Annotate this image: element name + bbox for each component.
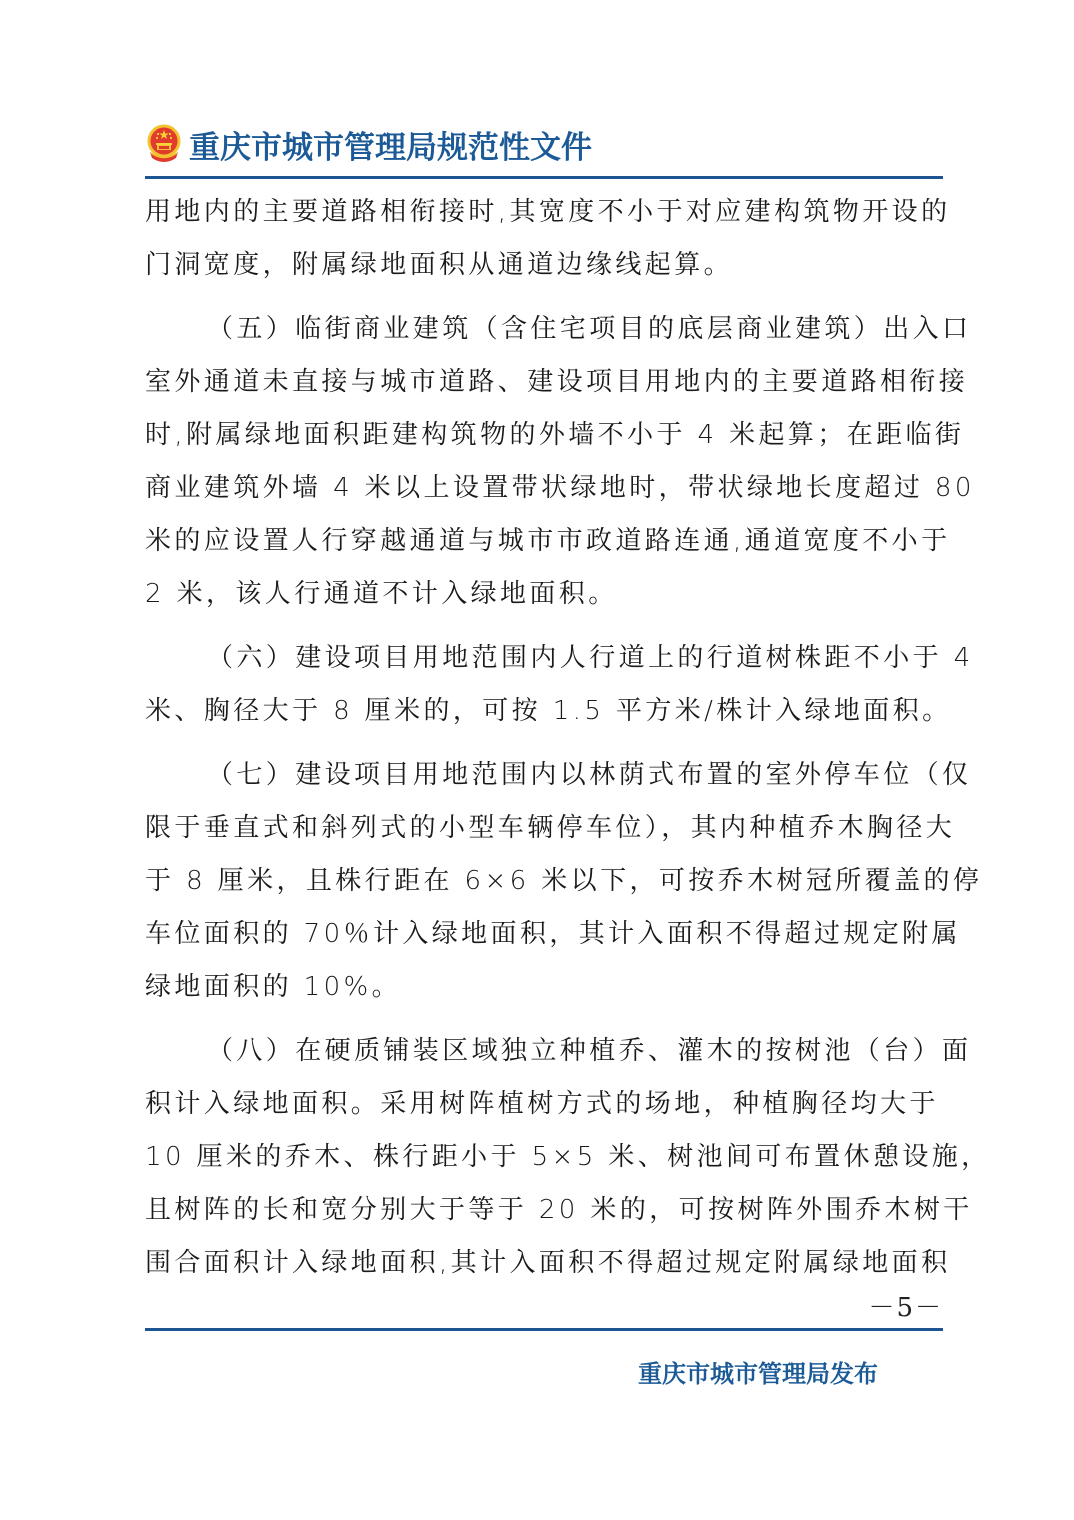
text-line: 限于垂直式和斜列式的小型车辆停车位），其内种植乔木胸径大 [145, 802, 943, 855]
paragraph-item-7: （七）建设项目用地范围内以林荫式布置的室外停车位（仅 限于垂直式和斜列式的小型车… [145, 749, 943, 1014]
text-line: 10 厘米的乔木、株行距小于 5×5 米、树池间可布置休憩设施， [145, 1131, 943, 1184]
text-line: （五）临街商业建筑（含住宅项目的底层商业建筑）出入口 [145, 303, 943, 356]
text-line: 积计入绿地面积。采用树阵植树方式的场地，种植胸径均大于 [145, 1078, 943, 1131]
national-emblem-icon [145, 124, 183, 164]
paragraph-item-6: （六）建设项目用地范围内人行道上的行道树株距不小于 4 米、胸径大于 8 厘米的… [145, 632, 943, 738]
paragraph-continued: 用地内的主要道路相衔接时,其宽度不小于对应建构筑物开设的 门洞宽度，附属绿地面积… [145, 186, 943, 292]
text-line: （七）建设项目用地范围内以林荫式布置的室外停车位（仅 [145, 749, 943, 802]
text-line: 用地内的主要道路相衔接时,其宽度不小于对应建构筑物开设的 [145, 186, 943, 239]
paragraph-item-8: （八）在硬质铺装区域独立种植乔、灌木的按树池（台）面 积计入绿地面积。采用树阵植… [145, 1025, 943, 1290]
paragraph-item-5: （五）临街商业建筑（含住宅项目的底层商业建筑）出入口 室外通道未直接与城市道路、… [145, 303, 943, 621]
footer-divider [145, 1328, 943, 1331]
page-number: －5－ [868, 1287, 943, 1324]
document-page: 重庆市城市管理局规范性文件 用地内的主要道路相衔接时,其宽度不小于对应建构筑物开… [0, 0, 1074, 1520]
text-line: 室外通道未直接与城市道路、建设项目用地内的主要道路相衔接 [145, 356, 943, 409]
footer-publisher: 重庆市城市管理局发布 [638, 1354, 878, 1389]
text-line: 围合面积计入绿地面积,其计入面积不得超过规定附属绿地面积 [145, 1237, 943, 1290]
header-title: 重庆市城市管理局规范性文件 [189, 122, 592, 167]
text-line: 门洞宽度，附属绿地面积从通道边缘线起算。 [145, 239, 943, 292]
text-line: 车位面积的 70％计入绿地面积，其计入面积不得超过规定附属 [145, 908, 943, 961]
text-line: 2 米，该人行通道不计入绿地面积。 [145, 568, 943, 621]
text-line: 米的应设置人行穿越通道与城市市政道路连通,通道宽度不小于 [145, 515, 943, 568]
text-line: （八）在硬质铺装区域独立种植乔、灌木的按树池（台）面 [145, 1025, 943, 1078]
text-line: （六）建设项目用地范围内人行道上的行道树株距不小于 4 [145, 632, 943, 685]
document-header: 重庆市城市管理局规范性文件 [145, 118, 943, 178]
text-line: 时,附属绿地面积距建构筑物的外墙不小于 4 米起算；在距临街 [145, 409, 943, 462]
header-divider [145, 176, 943, 179]
text-line: 且树阵的长和宽分别大于等于 20 米的，可按树阵外围乔木树干 [145, 1184, 943, 1237]
text-line: 米、胸径大于 8 厘米的，可按 1.5 平方米/株计入绿地面积。 [145, 685, 943, 738]
document-body: 用地内的主要道路相衔接时,其宽度不小于对应建构筑物开设的 门洞宽度，附属绿地面积… [145, 186, 943, 1290]
text-line: 绿地面积的 10%。 [145, 961, 943, 1014]
text-line: 商业建筑外墙 4 米以上设置带状绿地时，带状绿地长度超过 80 [145, 462, 943, 515]
text-line: 于 8 厘米，且株行距在 6×6 米以下，可按乔木树冠所覆盖的停 [145, 855, 943, 908]
